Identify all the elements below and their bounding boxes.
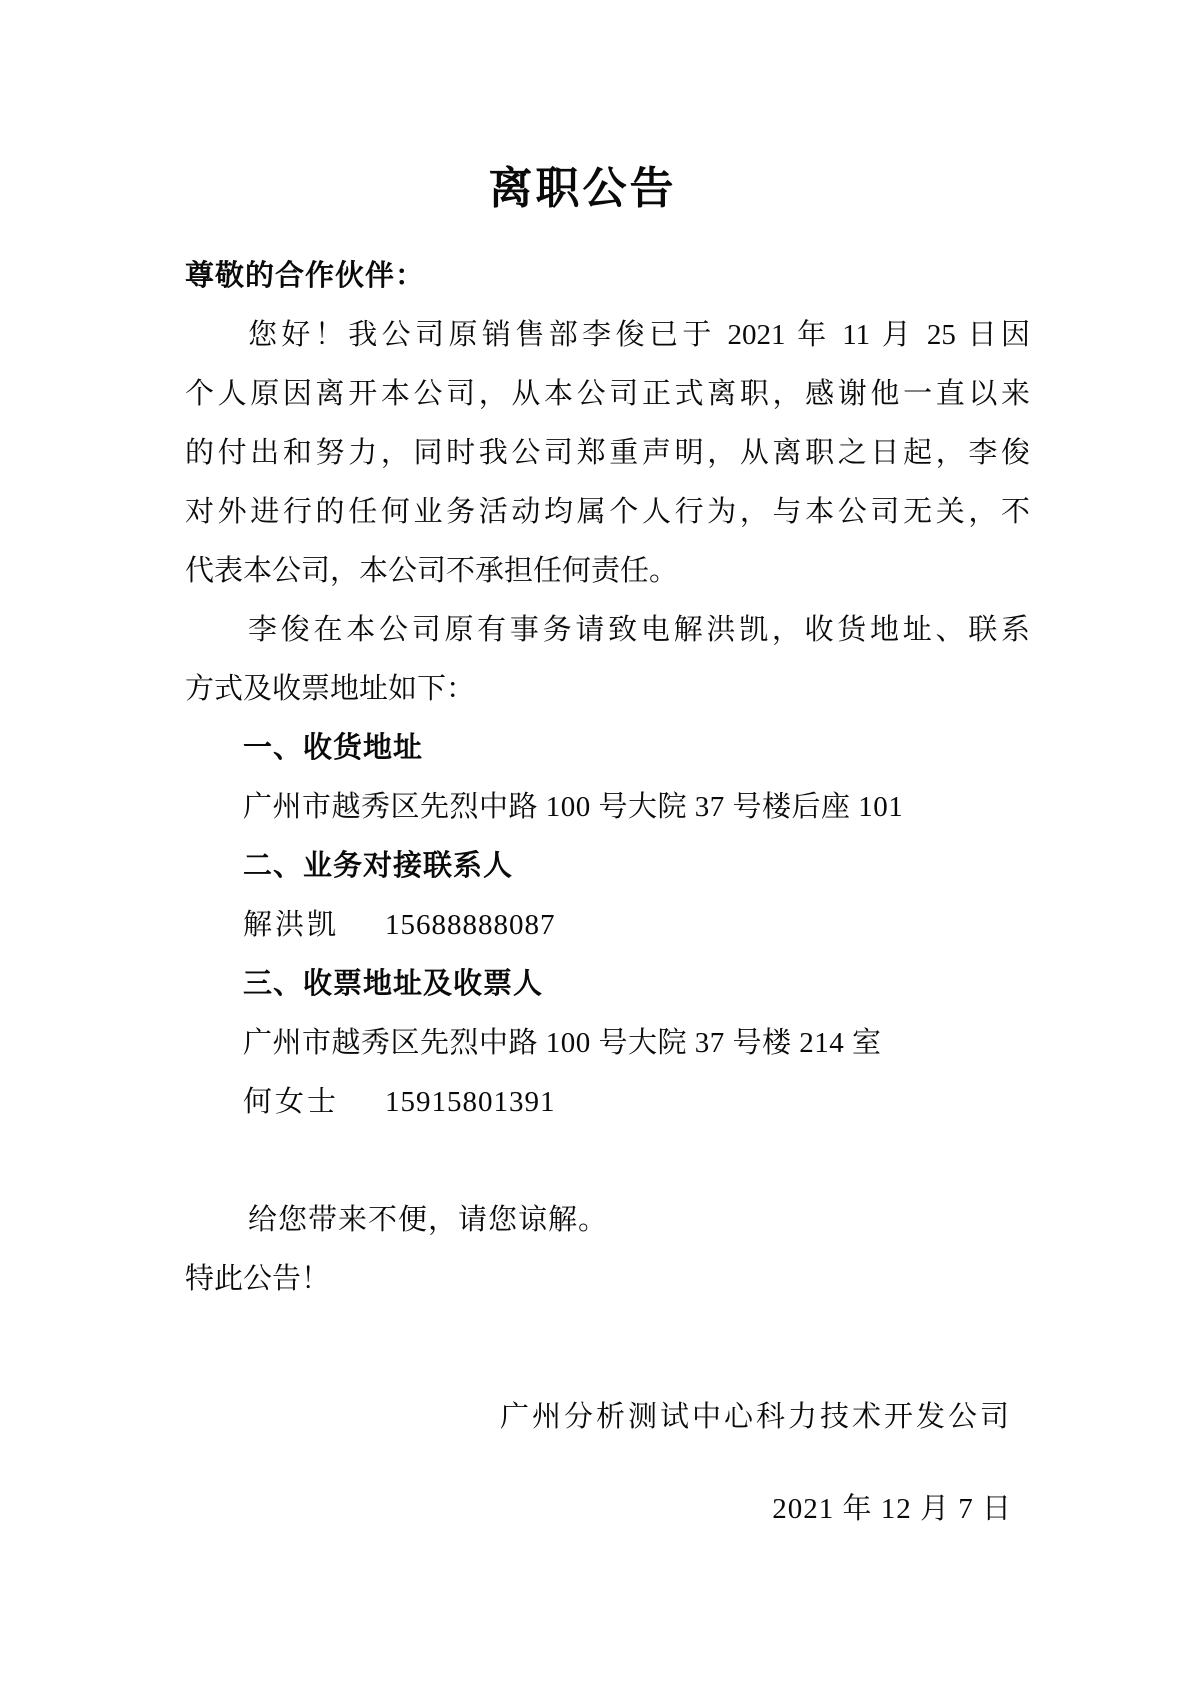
contact-name: 解洪凯 [243, 909, 339, 941]
document-content: 离职公告 尊敬的合作伙伴： 您好！我公司原销售部李俊已于 2021 年 11 月… [185, 0, 1030, 1539]
section-2-contact: 解洪凯15688888087 [243, 896, 1030, 955]
paragraph1-line-4: 对外进行的任何业务活动均属个人行为，与本公司无关，不 [185, 483, 1030, 542]
contact-phone: 15915801391 [385, 1086, 556, 1118]
signature-company: 广州分析测试中心科力技术开发公司 [185, 1388, 1030, 1447]
paragraph1-line-1: 您好！我公司原销售部李俊已于 2021 年 11 月 25 日因 [185, 306, 1030, 365]
section-3-address: 广州市越秀区先烈中路 100 号大院 37 号楼 214 室 [243, 1014, 1030, 1073]
section-2-heading: 二、业务对接联系人 [243, 837, 1030, 896]
page-title: 离职公告 [160, 158, 1005, 220]
section-1-address: 广州市越秀区先烈中路 100 号大院 37 号楼后座 101 [243, 778, 1030, 837]
paragraph1-line-2: 个人原因离开本公司，从本公司正式离职，感谢他一直以来 [185, 365, 1030, 424]
announcement-document: 离职公告 尊敬的合作伙伴： 您好！我公司原销售部李俊已于 2021 年 11 月… [0, 0, 1199, 1696]
paragraph2-line-1: 李俊在本公司原有事务请致电解洪凯，收货地址、联系 [185, 601, 1030, 660]
closing-line: 给您带来不便，请您谅解。 [185, 1191, 1030, 1250]
contact-name: 何女士 [243, 1086, 339, 1118]
section-3-heading: 三、收票地址及收票人 [243, 955, 1030, 1014]
salutation: 尊敬的合作伙伴： [185, 247, 1030, 306]
paragraph1-line-3: 的付出和努力，同时我公司郑重声明，从离职之日起，李俊 [185, 424, 1030, 483]
section-3-contact: 何女士15915801391 [243, 1073, 1030, 1132]
contact-phone: 15688888087 [385, 909, 556, 941]
paragraph1-line-5: 代表本公司，本公司不承担任何责任。 [185, 542, 1030, 601]
signature-date: 2021 年 12 月 7 日 [185, 1480, 1030, 1539]
paragraph2-line-2: 方式及收票地址如下： [185, 660, 1030, 719]
announce-line: 特此公告！ [185, 1250, 1030, 1309]
section-1-heading: 一、收货地址 [243, 719, 1030, 778]
